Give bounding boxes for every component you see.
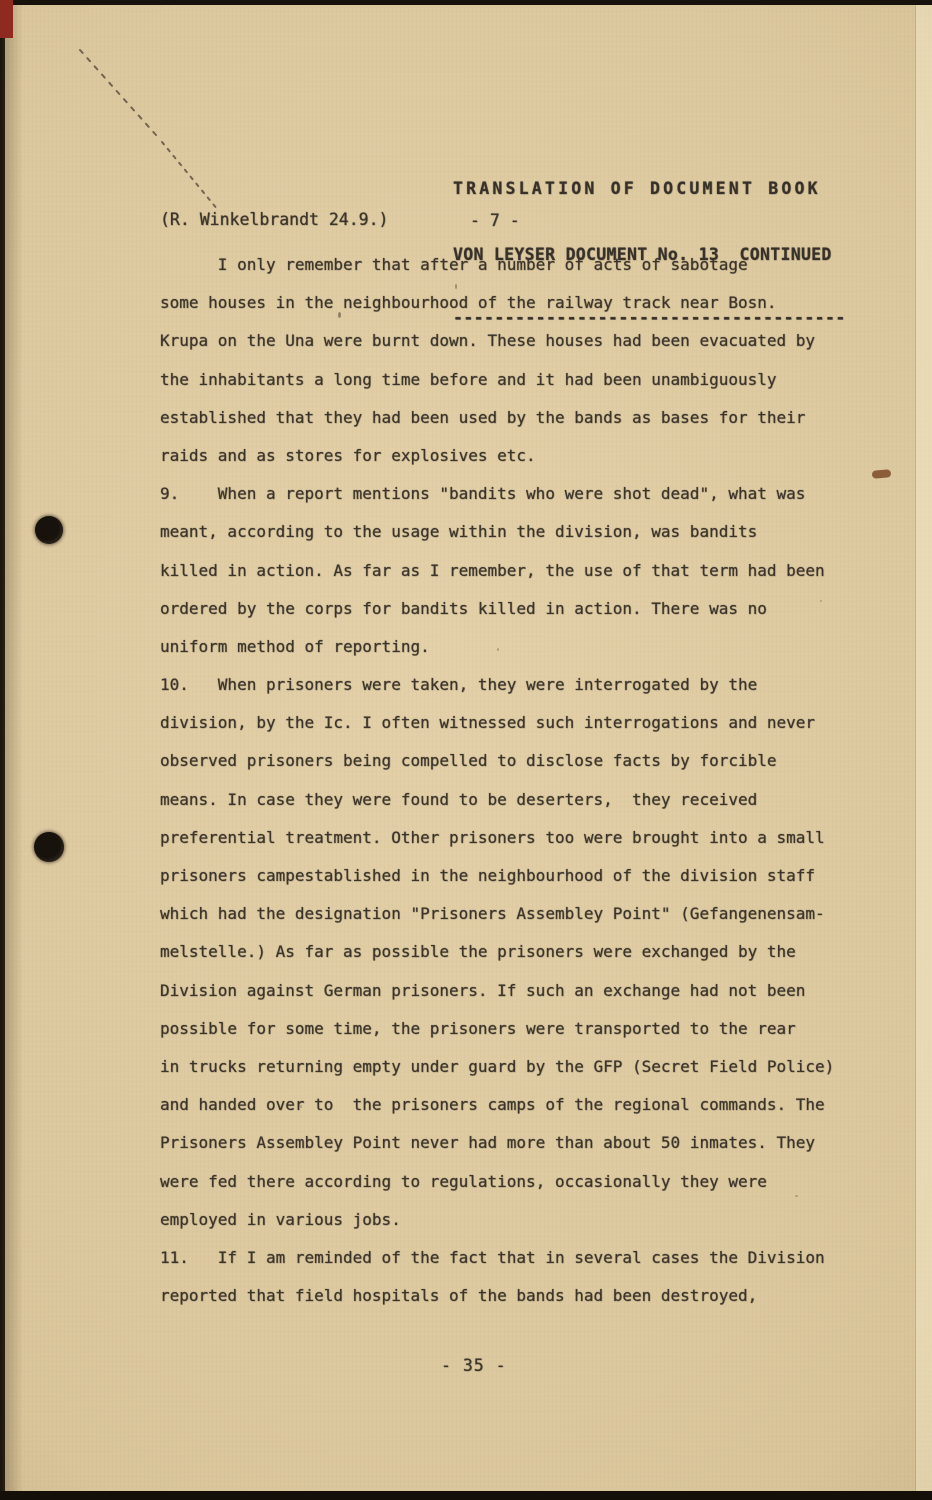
body-line: Division against German prisoners. If su… — [160, 972, 860, 1010]
body-line: employed in various jobs. — [160, 1201, 860, 1239]
left-binding-shadow — [5, 0, 23, 1500]
body-line: Krupa on the Una were burnt down. These … — [160, 322, 860, 360]
body-line: observed prisoners being compelled to di… — [160, 742, 860, 780]
body-line: some houses in the neighbourhood of the … — [160, 284, 860, 322]
body-line: I only remember that after a number of a… — [160, 246, 860, 284]
scan-edge-left — [0, 0, 5, 1500]
ink-speck — [795, 1195, 798, 1197]
reference-note: (R. Winkelbrandt 24.9.) — [160, 210, 388, 229]
body-line: preferential treatment. Other prisoners … — [160, 819, 860, 857]
scan-edge-top — [0, 0, 932, 5]
ink-speck — [338, 312, 341, 318]
body-line: were fed there according to regulations,… — [160, 1163, 860, 1201]
body-line: melstelle.) As far as possible the priso… — [160, 933, 860, 971]
red-corner-mark — [0, 0, 13, 38]
body-line: in trucks returning empty under guard by… — [160, 1048, 860, 1086]
scan-edge-bottom — [0, 1491, 932, 1500]
page-number-top: - 7 - — [470, 211, 520, 230]
ink-speck — [455, 284, 457, 289]
ink-speck — [300, 1105, 302, 1108]
body-line: 9. When a report mentions "bandits who w… — [160, 475, 860, 513]
body-line: the inhabitants a long time before and i… — [160, 361, 860, 399]
body-line: reported that field hospitals of the ban… — [160, 1277, 860, 1315]
hole-punch-bottom — [34, 832, 64, 862]
pencil-scratch-mark — [68, 40, 228, 220]
body-line: possible for some time, the prisoners we… — [160, 1010, 860, 1048]
body-line: established that they had been used by t… — [160, 399, 860, 437]
ink-speck — [497, 648, 499, 651]
scanned-document-page: TRANSLATION OF DOCUMENT BOOK VON LEYSER … — [0, 0, 932, 1500]
body-line: and handed over to the prisoners camps o… — [160, 1086, 860, 1124]
body-line: uniform method of reporting. — [160, 628, 860, 666]
body-line: 10. When prisoners were taken, they were… — [160, 666, 860, 704]
right-page-edge — [915, 0, 932, 1500]
header-title-line: TRANSLATION OF DOCUMENT BOOK — [453, 178, 846, 200]
body-line: killed in action. As far as I remember, … — [160, 552, 860, 590]
body-line: prisoners campestablished in the neighbo… — [160, 857, 860, 895]
body-line: meant, according to the usage within the… — [160, 513, 860, 551]
body-line: raids and as stores for explosives etc. — [160, 437, 860, 475]
document-body: I only remember that after a number of a… — [160, 246, 860, 1315]
body-line: Prisoners Assembley Point never had more… — [160, 1124, 860, 1162]
brown-smudge-mark — [872, 469, 892, 479]
hole-punch-top — [35, 516, 63, 544]
body-line: 11. If I am reminded of the fact that in… — [160, 1239, 860, 1277]
page-number-bottom: - 35 - — [441, 1356, 507, 1375]
body-line: division, by the Ic. I often witnessed s… — [160, 704, 860, 742]
ink-speck — [820, 600, 822, 602]
body-line: means. In case they were found to be des… — [160, 781, 860, 819]
body-line: which had the designation "Prisoners Ass… — [160, 895, 860, 933]
body-line: ordered by the corps for bandits killed … — [160, 590, 860, 628]
